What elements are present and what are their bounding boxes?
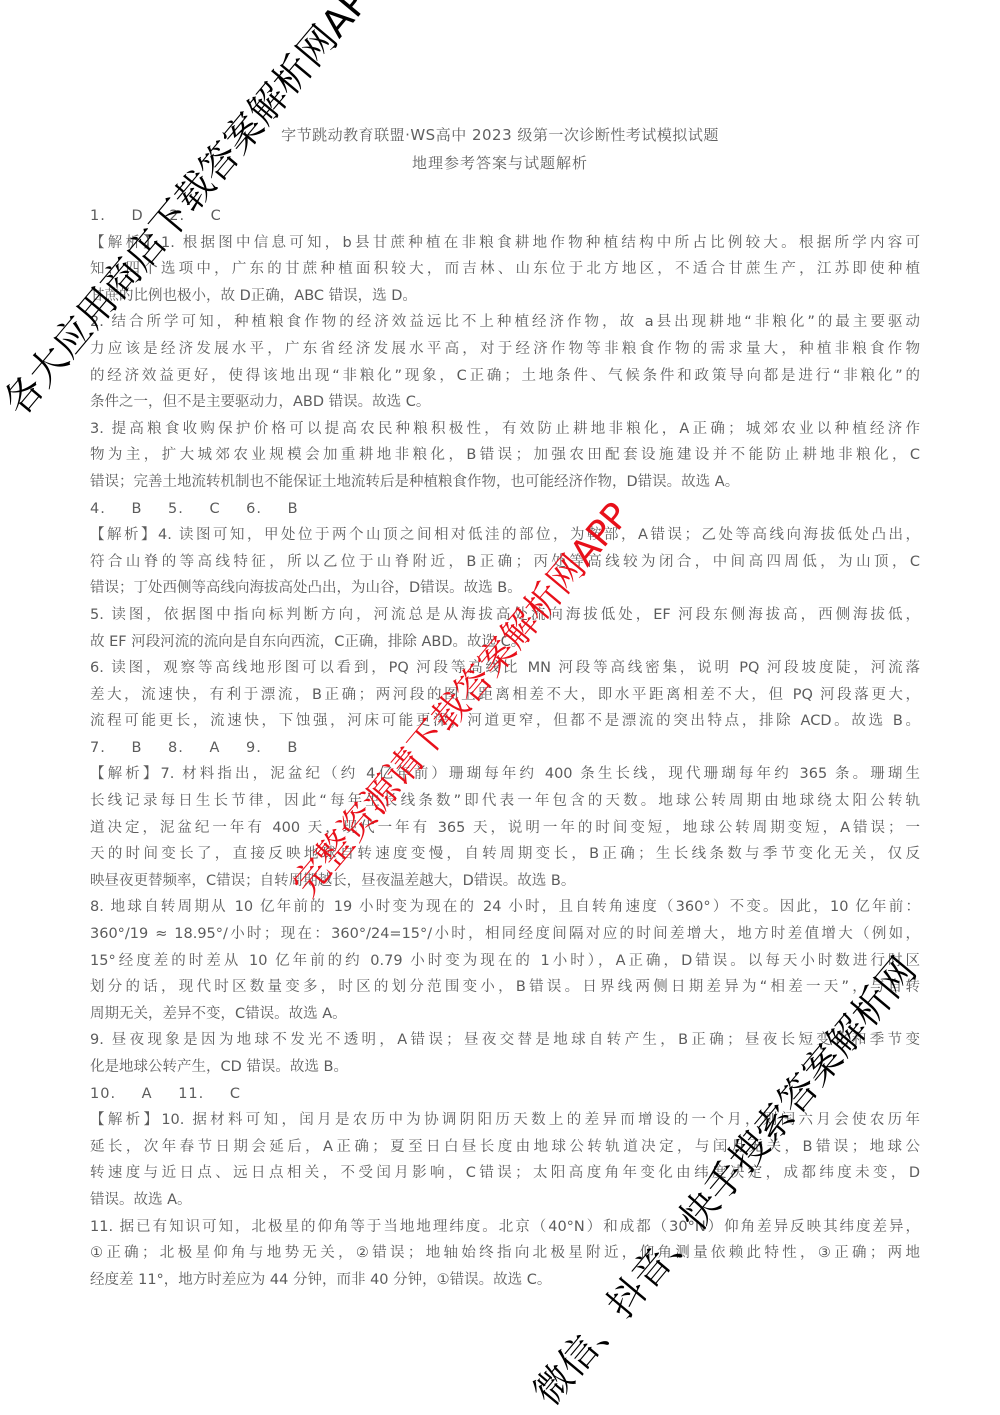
explanation-line: 【解析】1. 根据图中信息可知，b县甘蔗种植在非粮食耕地作物种植结构中所占比例较… (90, 230, 920, 257)
explanation-line: 天的时间变长了，直接反映地球自转速度变慢，自转周期变长，B正确；生长线条数与季节… (90, 841, 920, 868)
explanation-line: 3. 提高粮食收购保护价格可以提高农民种粮积极性，有效防止耕地非粮化，A正确；城… (90, 416, 920, 443)
explanation-line: 差大，流速快，有利于漂流，B正确；两河段的图上距离相差不大，即水平距离相差不大，… (90, 682, 920, 709)
explanation-line: 11. 据已有知识可知，北极星的仰角等于当地地理纬度。北京（40°N）和成都（3… (90, 1214, 920, 1241)
explanation-line: 流程可能更长，流速快，下蚀强，河床可能更深，河道更窄，但都不是漂流的突出特点，排… (90, 708, 920, 735)
explanation-line: 2. 结合所学可知，种植粮食作物的经济效益远比不上种植经济作物，故 a县出现耕地… (90, 309, 920, 336)
explanation-line: 错误。故选 A。 (90, 1187, 920, 1214)
explanation-line: 道决定，泥盆纪一年有 400 天，现代一年有 365 天，说明一年的时间变短，地… (90, 815, 920, 842)
explanation-line: 的经济效益更好，使得该地出现“非粮化”现象，C正确；土地条件、气候条件和政策导向… (90, 363, 920, 390)
explanation-line: 甘蔗的比例也极小，故 D正确，ABC 错误，选 D。 (90, 283, 920, 310)
document-subtitle: 地理参考答案与试题解析 (0, 152, 1000, 173)
answer-key-line: 1. D 2. C (90, 203, 920, 230)
explanation-line: 经度差 11°，地方时差应为 44 分钟，而非 40 分钟，①错误。故选 C。 (90, 1267, 920, 1294)
explanation-line: 物为主，扩大城郊农业规模会加重耕地非粮化，B错误；加强农田配套设施建设并不能防止… (90, 442, 920, 469)
explanation-line: 周期无关，差异不变，C错误。故选 A。 (90, 1001, 920, 1028)
explanation-line: 错误；丁处西侧等高线向海拔高处凸出，为山谷，D错误。故选 B。 (90, 575, 920, 602)
explanation-line: 映昼夜更替频率，C错误；自转周期越长，昼夜温差越大，D错误。故选 B。 (90, 868, 920, 895)
answer-key-line: 4. B 5. C 6. B (90, 496, 920, 523)
explanation-line: 知，四个选项中，广东的甘蔗种植面积较大，而吉林、山东位于北方地区，不适合甘蔗生产… (90, 256, 920, 283)
explanation-line: 划分的话，现代时区数量变多，时区的划分范围变小，B错误。日界线两侧日期差异为“相… (90, 974, 920, 1001)
explanation-line: ①正确；北极星仰角与地势无关，②错误；地轴始终指向北极星附近，仰角测量依赖此特性… (90, 1240, 920, 1267)
explanation-line: 错误；完善土地流转机制也不能保证土地流转后是种植粮食作物，也可能经济作物，D错误… (90, 469, 920, 496)
explanation-line: 力应该是经济发展水平，广东省经济发展水平高，对于经济作物等非粮食作物的需求量大，… (90, 336, 920, 363)
document-title: 字节跳动教育联盟·WS高中 2023 级第一次诊断性考试模拟试题 (0, 124, 1000, 145)
explanation-line: 延长，次年春节日期会延后，A正确；夏至日白昼长度由地球公转轨道决定，与闰月无关，… (90, 1134, 920, 1161)
explanation-line: 长线记录每日生长节律，因此“每年生长线条数”即代表一年包含的天数。地球公转周期由… (90, 788, 920, 815)
explanation-line: 【解析】7. 材料指出，泥盆纪（约 4亿年前）珊瑚每年约 400 条生长线，现代… (90, 761, 920, 788)
answer-key-line: 7. B 8. A 9. B (90, 735, 920, 762)
explanation-line: 转速度与近日点、远日点相关，不受闰月影响，C错误；太阳高度角年变化由纬度决定，成… (90, 1160, 920, 1187)
explanation-line: 360°/19 ≈ 18.95°/小时；现在：360°/24=15°/小时，相同… (90, 921, 920, 948)
explanation-line: 15°经度差的时差从 10 亿年前的约 0.79 小时变为现在的 1小时），A正… (90, 948, 920, 975)
explanation-line: 【解析】4. 读图可知，甲处位于两个山顶之间相对低洼的部位，为鞍部，A错误；乙处… (90, 522, 920, 549)
explanation-line: 符合山脊的等高线特征，所以乙位于山脊附近，B正确；丙处等高线较为闭合，中间高四周… (90, 549, 920, 576)
explanation-line: 8. 地球自转周期从 10 亿年前的 19 小时变为现在的 24 小时，且自转角… (90, 894, 920, 921)
explanation-line: 条件之一，但不是主要驱动力，ABD 错误。故选 C。 (90, 389, 920, 416)
